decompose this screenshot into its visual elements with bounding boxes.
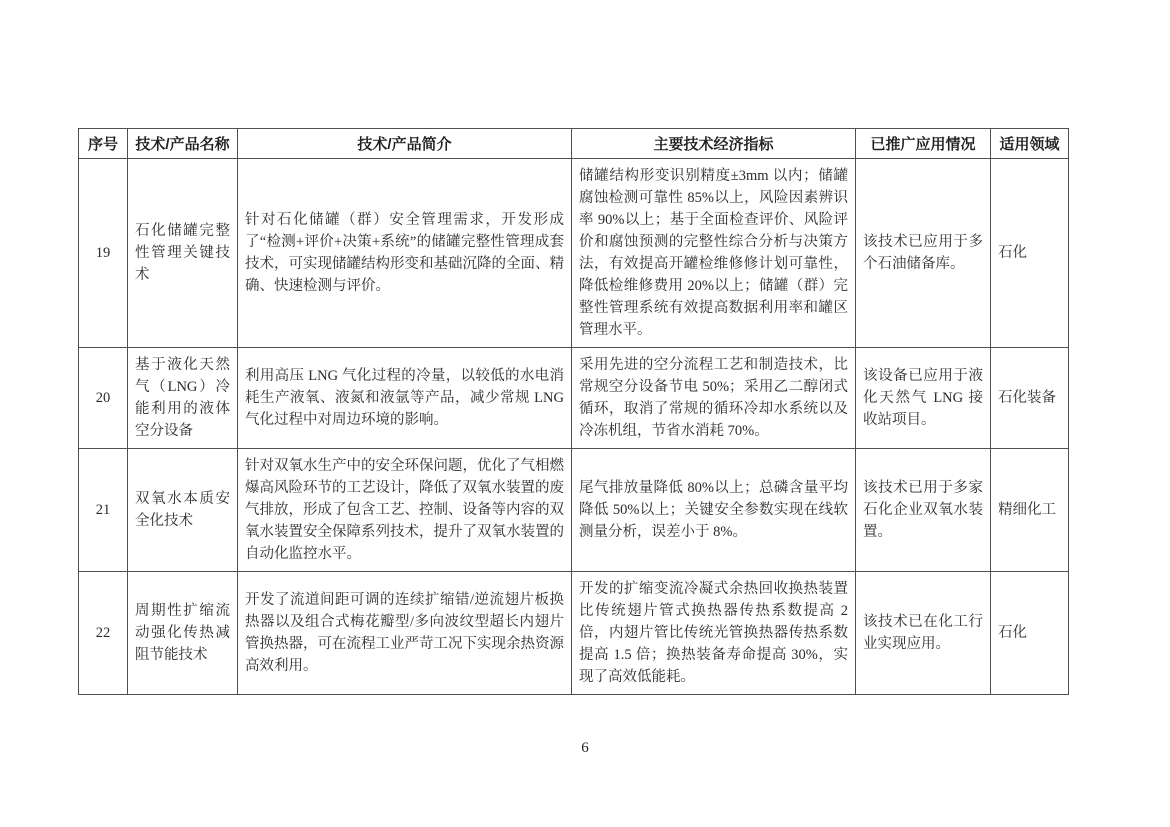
cell-application: 该设备已应用于液化天然气 LNG 接收站项目。 — [856, 348, 991, 449]
cell-product-intro: 针对双氧水生产中的安全环保问题，优化了气相燃爆高风险环节的工艺设计，降低了双氧水… — [238, 449, 572, 572]
cell-serial-number: 20 — [79, 348, 128, 449]
cell-indicators: 开发的扩缩变流冷凝式余热回收换热装置比传统翅片管式换热器传热系数提高 2 倍，内… — [572, 572, 856, 695]
cell-product-intro: 利用高压 LNG 气化过程的冷量，以较低的水电消耗生产液氧、液氮和液氩等产品，减… — [238, 348, 572, 449]
header-product-name: 技术/产品名称 — [128, 129, 238, 159]
page-number: 6 — [0, 740, 1170, 757]
cell-product-name: 双氧水本质安全化技术 — [128, 449, 238, 572]
cell-application: 该技术已用于多家石化企业双氧水装置。 — [856, 449, 991, 572]
header-product-intro: 技术/产品简介 — [238, 129, 572, 159]
cell-field: 精细化工 — [991, 449, 1069, 572]
header-indicators: 主要技术经济指标 — [572, 129, 856, 159]
cell-serial-number: 21 — [79, 449, 128, 572]
cell-indicators: 采用先进的空分流程工艺和制造技术，比常规空分设备节电 50%；采用乙二醇闭式循环… — [572, 348, 856, 449]
cell-field: 石化 — [991, 572, 1069, 695]
cell-product-name: 石化储罐完整性管理关键技术 — [128, 159, 238, 348]
table-row: 19 石化储罐完整性管理关键技术 针对石化储罐（群）安全管理需求，开发形成了“检… — [79, 159, 1069, 348]
cell-product-name: 基于液化天然气（LNG）冷能利用的液体空分设备 — [128, 348, 238, 449]
table-header-row: 序号 技术/产品名称 技术/产品简介 主要技术经济指标 已推广应用情况 适用领域 — [79, 129, 1069, 159]
technology-products-table: 序号 技术/产品名称 技术/产品简介 主要技术经济指标 已推广应用情况 适用领域… — [78, 128, 1069, 695]
cell-field: 石化装备 — [991, 348, 1069, 449]
header-field: 适用领域 — [991, 129, 1069, 159]
cell-product-name: 周期性扩缩流动强化传热减阻节能技术 — [128, 572, 238, 695]
cell-application: 该技术已应用于多个石油储备库。 — [856, 159, 991, 348]
document-page: 序号 技术/产品名称 技术/产品简介 主要技术经济指标 已推广应用情况 适用领域… — [0, 0, 1170, 827]
cell-serial-number: 19 — [79, 159, 128, 348]
cell-product-intro: 开发了流道间距可调的连续扩缩错/逆流翅片板换热器以及组合式梅花瓣型/多向波纹型超… — [238, 572, 572, 695]
cell-application: 该技术已在化工行业实现应用。 — [856, 572, 991, 695]
cell-product-intro: 针对石化储罐（群）安全管理需求，开发形成了“检测+评价+决策+系统”的储罐完整性… — [238, 159, 572, 348]
header-application: 已推广应用情况 — [856, 129, 991, 159]
cell-indicators: 储罐结构形变识别精度±3mm 以内；储罐腐蚀检测可靠性 85%以上，风险因素辨识… — [572, 159, 856, 348]
cell-field: 石化 — [991, 159, 1069, 348]
table-row: 21 双氧水本质安全化技术 针对双氧水生产中的安全环保问题，优化了气相燃爆高风险… — [79, 449, 1069, 572]
cell-serial-number: 22 — [79, 572, 128, 695]
table-row: 20 基于液化天然气（LNG）冷能利用的液体空分设备 利用高压 LNG 气化过程… — [79, 348, 1069, 449]
header-serial-number: 序号 — [79, 129, 128, 159]
table-row: 22 周期性扩缩流动强化传热减阻节能技术 开发了流道间距可调的连续扩缩错/逆流翅… — [79, 572, 1069, 695]
cell-indicators: 尾气排放量降低 80%以上；总磷含量平均降低 50%以上；关键安全参数实现在线软… — [572, 449, 856, 572]
